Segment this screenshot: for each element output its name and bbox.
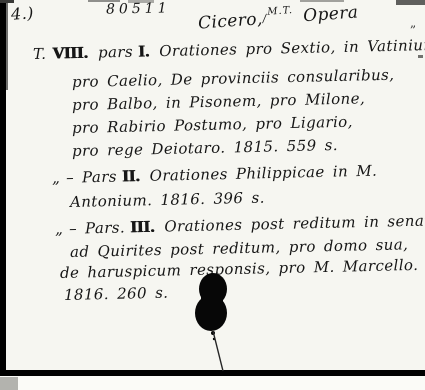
heading-insertion: M.T. [266,5,294,18]
topright-mark: „ [410,16,416,30]
catalog-card: 4.) 80511 Cicero,/M.T. Opera „ T.VIII. p… [0,0,425,390]
entry1-line5: pro rege Deiotaro. 1815. 559 s. [72,136,338,160]
entry1-titles: Orationes pro Sextio, in Vatinium, [151,36,425,61]
accession-number: 80511 [106,0,171,17]
scan-speck [300,0,344,2]
entry1-line2: pro Caelio, De provinciis consularibus, [72,66,395,91]
entry1-line3: pro Balbo, in Pisonem, pro Milone, [72,89,365,114]
entry1-pars-word: pars [98,43,136,62]
entry2-ditto-mark: „ [52,169,67,187]
entry3-pars-numeral: III. [128,218,157,237]
heading-work: Opera [303,2,359,26]
ink-blot [185,265,245,380]
heading-author: Cicero, [197,9,263,33]
scan-speck [418,55,423,58]
entry3-titles: Orationes post reditum in senatu [156,211,425,235]
entry3-line1: „–Pars.III.Orationes post reditum in sen… [55,211,425,238]
scan-speck [396,0,425,5]
entry1-line1: T.VIII. parsI.Orationes pro Sextio, in V… [33,36,425,63]
entry1-line4: pro Rabirio Postumo, pro Ligario, [72,113,353,137]
entry1-pars-numeral: I. [136,42,152,60]
scan-speck [0,0,14,3]
left-scan-border [0,0,6,372]
entry1-volume-numeral: VIII. [50,44,90,63]
bottom-left-scan-artifact [0,377,18,390]
ink-blot-shape [185,265,245,380]
entry3-dash: – [69,219,85,237]
entry2-titles: Orationes Philippicae in M. [141,162,377,185]
entry3-line4: 1816. 260 s. [64,284,169,304]
entry2-line2: Antonium. 1816. 396 s. [70,189,265,211]
entry2-line1: „–ParsII.Orationes Philippicae in M. [52,162,378,187]
entry2-dash: – [66,168,82,186]
entry2-pars-numeral: II. [120,167,142,185]
entry2-pars-word: Pars [82,167,120,186]
corner-number: 4.) [10,3,34,24]
entry3-ditto-mark: „ [55,220,70,238]
entry1-lead: T. [33,45,51,63]
card-heading: Cicero,/M.T. Opera [197,2,358,33]
entry3-pars-word: Pars. [85,218,128,237]
